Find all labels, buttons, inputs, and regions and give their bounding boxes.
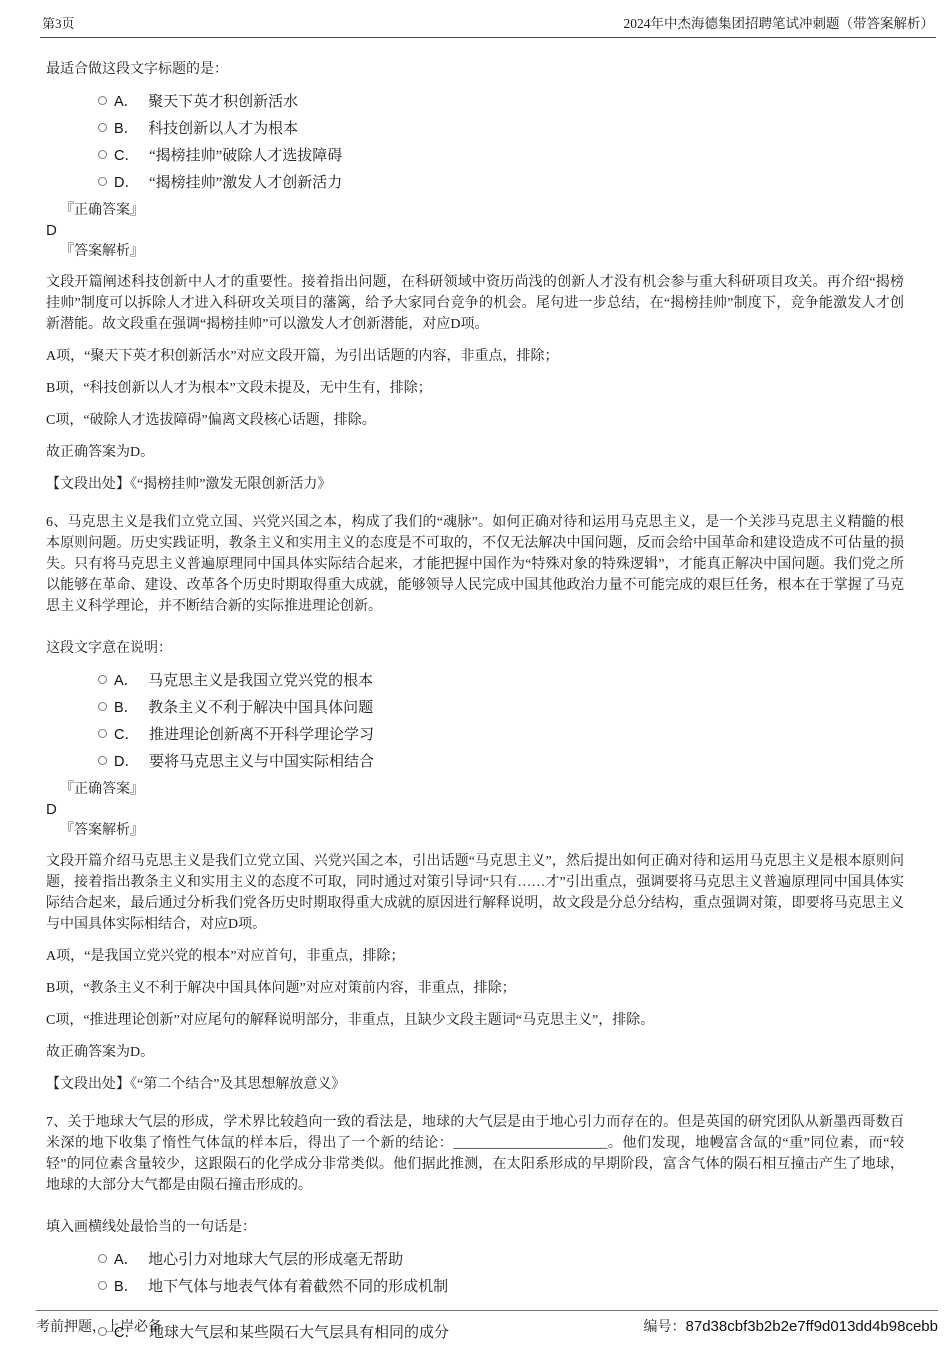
- options-group: A． 聚天下英才积创新活水 B． 科技创新以人才为根本 C． “揭榜挂帅”破除人…: [98, 87, 904, 195]
- doc-id-value: 87d38cbf3b2b2e7ff9d013dd4b98cebb: [686, 1318, 938, 1335]
- option-text: 地心引力对地球大气层的形成毫无帮助: [148, 1248, 403, 1269]
- analysis-conclusion: 故正确答案为D。: [46, 442, 904, 463]
- options-group: A． 马克思主义是我国立党兴党的根本 B． 教条主义不利于解决中国具体问题 C．…: [98, 666, 904, 774]
- page-content: 最适合做这段文字标题的是： A． 聚天下英才积创新活水 B． 科技创新以人才为根…: [0, 58, 950, 1345]
- option-row[interactable]: B． 教条主义不利于解决中国具体问题: [98, 693, 904, 720]
- option-letter: B．: [114, 1275, 138, 1296]
- correct-answer-value: D: [46, 221, 904, 241]
- page-number: 第3页: [42, 13, 75, 32]
- document-page: 第3页 2024年中杰海德集团招聘笔试冲刺题（带答案解析） 最适合做这段文字标题…: [0, 0, 950, 1345]
- option-letter: C．: [114, 723, 139, 744]
- answer-block: 『正确答案』 D 『答案解析』: [46, 779, 904, 841]
- option-row[interactable]: C． 推进理论创新离不开科学理论学习: [98, 720, 904, 747]
- question-text: 7、关于地球大气层的形成，学术界比较趋向一致的看法是，地球的大气层是由于地心引力…: [46, 1112, 904, 1196]
- radio-icon[interactable]: [98, 756, 107, 765]
- source-reference: 【文段出处】《“揭榜挂帅”激发无限创新活力》: [46, 474, 904, 495]
- option-letter: B．: [114, 117, 138, 138]
- radio-icon[interactable]: [98, 96, 107, 105]
- analysis-paragraph: 文段开篇阐述科技创新中人才的重要性。接着指出问题，在科研领域中资历尚浅的创新人才…: [46, 272, 904, 335]
- option-letter: A．: [114, 90, 138, 111]
- answer-block: 『正确答案』 D 『答案解析』: [46, 200, 904, 262]
- answer-analysis-label: 『答案解析』: [60, 241, 904, 262]
- option-letter: A．: [114, 669, 138, 690]
- radio-icon[interactable]: [98, 702, 107, 711]
- analysis-paragraph: C项，“破除人才选拔障碍”偏离文段核心话题，排除。: [46, 410, 904, 431]
- correct-answer-label: 『正确答案』: [60, 200, 904, 221]
- option-text: 科技创新以人才为根本: [148, 117, 298, 138]
- question-stem: 这段文字意在说明：: [46, 637, 904, 657]
- option-letter: C．: [114, 144, 139, 165]
- analysis-paragraph: B项，“教条主义不利于解决中国具体问题”对应对策前内容，非重点，排除；: [46, 978, 904, 999]
- radio-icon[interactable]: [98, 123, 107, 132]
- radio-icon[interactable]: [98, 1254, 107, 1263]
- option-text: 地下气体与地表气体有着截然不同的形成机制: [148, 1275, 448, 1296]
- radio-icon[interactable]: [98, 177, 107, 186]
- correct-answer-label: 『正确答案』: [60, 779, 904, 800]
- doc-id-label: 编号：: [644, 1320, 686, 1335]
- option-text: “揭榜挂帅”激发人才创新活力: [149, 171, 342, 192]
- option-letter: B．: [114, 696, 138, 717]
- radio-icon[interactable]: [98, 150, 107, 159]
- analysis-paragraph: C项，“推进理论创新”对应尾句的解释说明部分，非重点，且缺少文段主题词“马克思主…: [46, 1010, 904, 1031]
- option-row[interactable]: B． 科技创新以人才为根本: [98, 114, 904, 141]
- radio-icon[interactable]: [98, 675, 107, 684]
- option-row[interactable]: A． 地心引力对地球大气层的形成毫无帮助: [98, 1245, 904, 1272]
- option-row[interactable]: B． 地下气体与地表气体有着截然不同的形成机制: [98, 1272, 904, 1299]
- analysis-paragraph: A项，“聚天下英才积创新活水”对应文段开篇，为引出话题的内容，非重点，排除；: [46, 346, 904, 367]
- option-letter: D．: [114, 750, 139, 771]
- analysis-paragraph: 文段开篇介绍马克思主义是我们立党立国、兴党兴国之本，引出话题“马克思主义”，然后…: [46, 851, 904, 935]
- option-text: 马克思主义是我国立党兴党的根本: [148, 669, 373, 690]
- option-row[interactable]: A． 聚天下英才积创新活水: [98, 87, 904, 114]
- option-text: 推进理论创新离不开科学理论学习: [149, 723, 374, 744]
- doc-title: 2024年中杰海德集团招聘笔试冲刺题（带答案解析）: [624, 12, 935, 32]
- option-letter: D．: [114, 171, 139, 192]
- option-text: “揭榜挂帅”破除人才选拔障碍: [149, 144, 342, 165]
- question-stem: 最适合做这段文字标题的是：: [46, 58, 904, 78]
- option-row[interactable]: D． “揭榜挂帅”激发人才创新活力: [98, 168, 904, 195]
- option-row[interactable]: D． 要将马克思主义与中国实际相结合: [98, 747, 904, 774]
- source-reference: 【文段出处】《“第二个结合”及其思想解放意义》: [46, 1074, 904, 1095]
- radio-icon[interactable]: [98, 1281, 107, 1290]
- analysis-paragraph: A项，“是我国立党兴党的根本”对应首句，非重点，排除；: [46, 946, 904, 967]
- analysis-conclusion: 故正确答案为D。: [46, 1042, 904, 1063]
- footer-slogan: 考前押题，上岸必备: [36, 1316, 162, 1336]
- option-text: 要将马克思主义与中国实际相结合: [149, 750, 374, 771]
- question-text: 6、马克思主义是我们立党立国、兴党兴国之本，构成了我们的“魂脉”。如何正确对待和…: [46, 512, 904, 617]
- question-stem: 填入画横线处最恰当的一句话是：: [46, 1216, 904, 1236]
- correct-answer-value: D: [46, 800, 904, 820]
- page-footer: 考前押题，上岸必备 编号：87d38cbf3b2b2e7ff9d013dd4b9…: [36, 1310, 938, 1336]
- option-row[interactable]: A． 马克思主义是我国立党兴党的根本: [98, 666, 904, 693]
- answer-analysis-label: 『答案解析』: [60, 820, 904, 841]
- option-row[interactable]: C． “揭榜挂帅”破除人才选拔障碍: [98, 141, 904, 168]
- doc-id: 编号：87d38cbf3b2b2e7ff9d013dd4b98cebb: [644, 1316, 938, 1336]
- option-text: 聚天下英才积创新活水: [148, 90, 298, 111]
- page-header: 第3页 2024年中杰海德集团招聘笔试冲刺题（带答案解析）: [40, 0, 936, 38]
- analysis-paragraph: B项，“科技创新以人才为根本”文段未提及，无中生有，排除；: [46, 378, 904, 399]
- radio-icon[interactable]: [98, 729, 107, 738]
- option-letter: A．: [114, 1248, 138, 1269]
- option-text: 教条主义不利于解决中国具体问题: [148, 696, 373, 717]
